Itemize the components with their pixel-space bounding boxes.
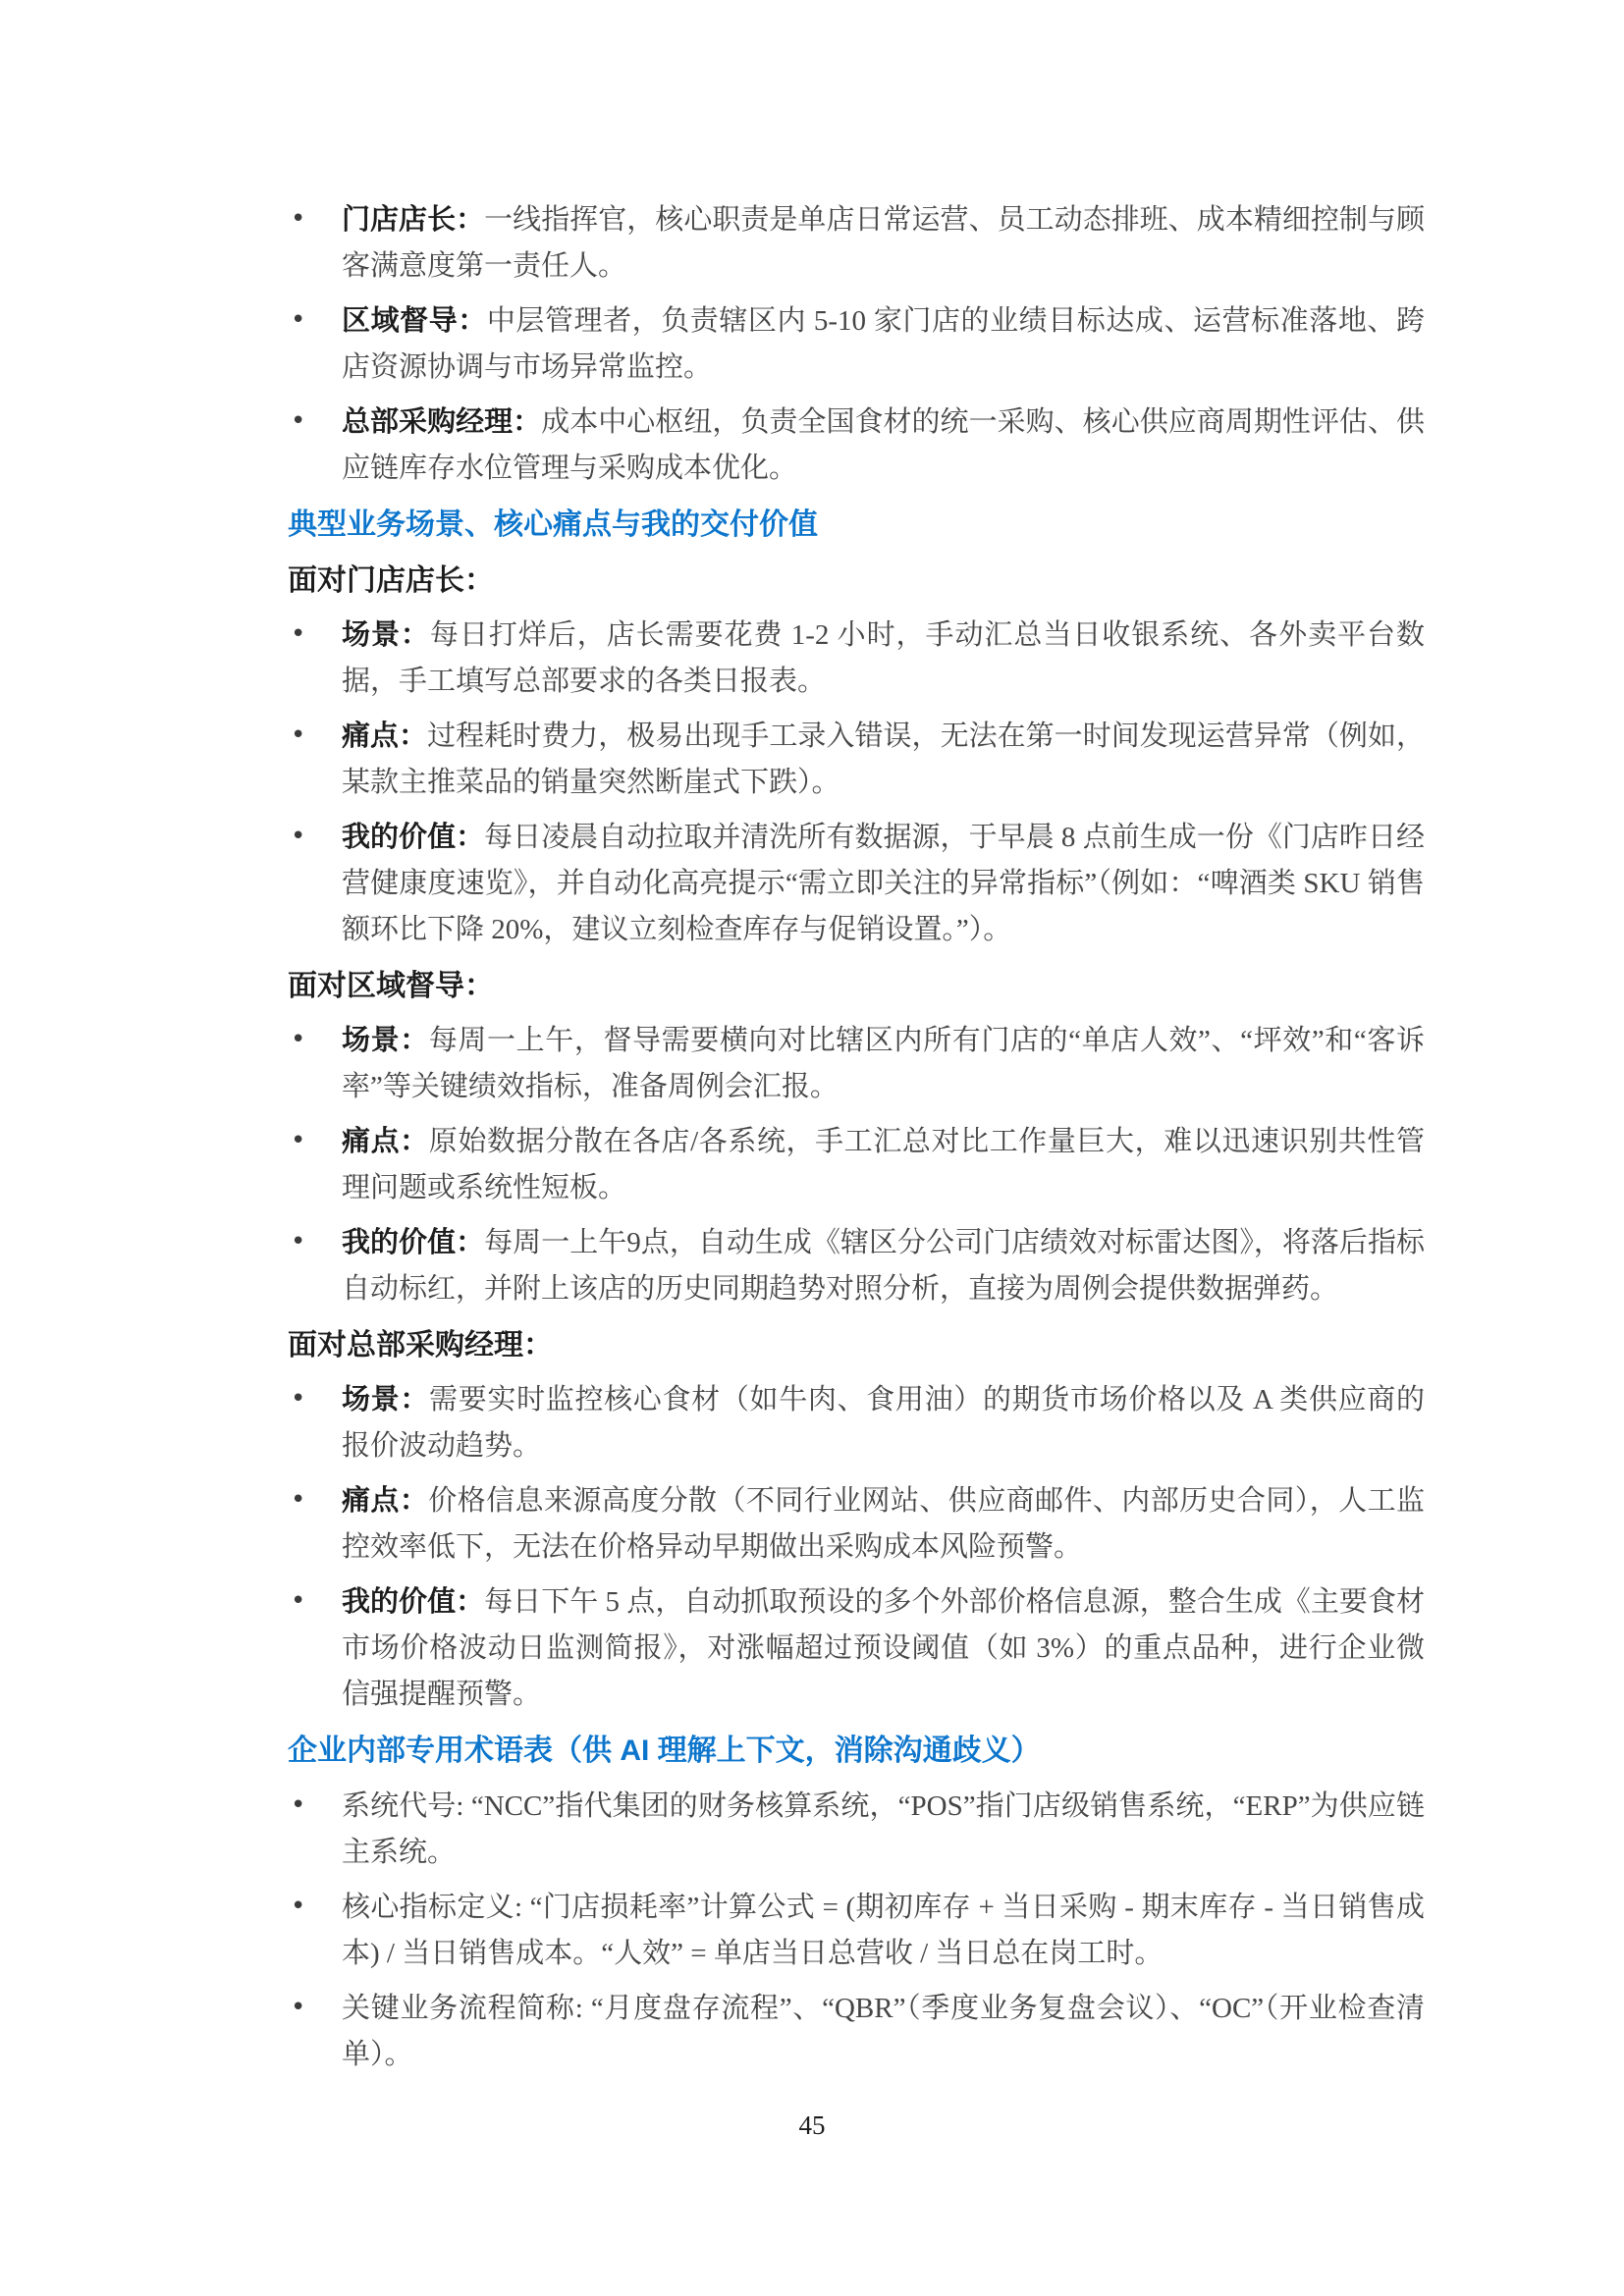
bullet-label: 场景： <box>342 619 430 651</box>
bullet-icon: • <box>291 1118 305 1164</box>
bullet-text: 中层管理者，负责辖区内 5-10 家门店的业绩目标达成、运营标准落地、跨店资源协… <box>342 305 1425 383</box>
bullet-item: • 我的价值：每周一上午9点，自动生成《辖区分公司门店绩效对标雷达图》，将落后指… <box>288 1220 1425 1312</box>
bullet-label: 系统代号: <box>342 1790 471 1822</box>
bullet-label: 区域督导： <box>342 305 487 337</box>
bullet-label: 场景： <box>342 1384 429 1415</box>
document-content: • 门店店长：一线指挥官，核心职责是单店日常运营、员工动态排班、成本精细控制与顾… <box>288 197 1425 2087</box>
bullet-item: • 我的价值：每日凌晨自动拉取并清洗所有数据源，于早晨 8 点前生成一份《门店昨… <box>288 815 1425 953</box>
bullet-item: • 痛点：过程耗时费力，极易出现手工录入错误，无法在第一时间发现运营异常（例如，… <box>288 714 1425 806</box>
bullet-item: • 痛点：原始数据分散在各店/各系统，手工汇总对比工作量巨大，难以迅速识别共性管… <box>288 1119 1425 1211</box>
bullet-text: 每日凌晨自动拉取并清洗所有数据源，于早晨 8 点前生成一份《门店昨日经营健康度速… <box>342 822 1425 945</box>
bullet-item: • 系统代号: “NCC”指代集团的财务核算系统，“POS”指门店级销售系统，“… <box>288 1784 1425 1876</box>
subsection-heading-procurement-manager: 面对总部采购经理： <box>288 1322 1425 1368</box>
bullet-label: 总部采购经理： <box>342 406 541 438</box>
bullet-icon: • <box>291 1884 305 1930</box>
bullet-item: • 场景：每周一上午，督导需要横向对比辖区内所有门店的“单店人效”、“坪效”和“… <box>288 1018 1425 1110</box>
bullet-icon: • <box>291 297 305 344</box>
bullet-item: • 区域督导：中层管理者，负责辖区内 5-10 家门店的业绩目标达成、运营标准落… <box>288 298 1425 391</box>
bullet-text: 原始数据分散在各店/各系统，手工汇总对比工作量巨大，难以迅速识别共性管理问题或系… <box>342 1126 1425 1203</box>
bullet-label: 场景： <box>342 1025 429 1056</box>
bullet-label: 我的价值： <box>342 1586 484 1618</box>
bullet-icon: • <box>291 196 305 242</box>
subsection-heading-store-manager: 面对门店店长： <box>288 558 1425 604</box>
bullet-text: 每日下午 5 点，自动抓取预设的多个外部价格信息源，整合生成《主要食材市场价格波… <box>342 1586 1425 1710</box>
bullet-text: “NCC”指代集团的财务核算系统，“POS”指门店级销售系统，“ERP”为供应链… <box>342 1790 1425 1868</box>
bullet-label: 关键业务流程简称: <box>342 1993 591 2024</box>
bullet-text: 每周一上午，督导需要横向对比辖区内所有门店的“单店人效”、“坪效”和“客诉率”等… <box>342 1025 1425 1102</box>
bullet-icon: • <box>291 1376 305 1422</box>
bullet-item: • 关键业务流程简称: “月度盘存流程”、“QBR”（季度业务复盘会议）、“OC… <box>288 1986 1425 2078</box>
bullet-icon: • <box>291 1477 305 1523</box>
bullet-item: • 我的价值：每日下午 5 点，自动抓取预设的多个外部价格信息源，整合生成《主要… <box>288 1579 1425 1718</box>
bullet-label: 痛点： <box>342 721 427 752</box>
bullet-text: 一线指挥官，核心职责是单店日常运营、员工动态排班、成本精细控制与顾客满意度第一责… <box>342 204 1425 282</box>
bullet-icon: • <box>291 399 305 445</box>
bullet-item: • 门店店长：一线指挥官，核心职责是单店日常运营、员工动态排班、成本精细控制与顾… <box>288 197 1425 290</box>
bullet-icon: • <box>291 1578 305 1625</box>
section-heading-glossary: 企业内部专用术语表（供 AI 理解上下文，消除沟通歧义） <box>288 1728 1425 1774</box>
bullet-label: 我的价值： <box>342 822 484 853</box>
section-heading-scenarios: 典型业务场景、核心痛点与我的交付价值 <box>288 502 1425 548</box>
bullet-label: 核心指标定义: <box>342 1892 530 1923</box>
bullet-label: 门店店长： <box>342 204 484 236</box>
bullet-icon: • <box>291 1017 305 1063</box>
bullet-icon: • <box>291 612 305 658</box>
bullet-text: 过程耗时费力，极易出现手工录入错误，无法在第一时间发现运营异常（例如，某款主推菜… <box>342 721 1425 798</box>
document-page: • 门店店长：一线指挥官，核心职责是单店日常运营、员工动态排班、成本精细控制与顾… <box>0 0 1624 2296</box>
bullet-icon: • <box>291 1985 305 2031</box>
bullet-icon: • <box>291 814 305 860</box>
bullet-label: 痛点： <box>342 1485 428 1517</box>
subsection-heading-area-supervisor: 面对区域督导： <box>288 963 1425 1009</box>
bullet-item: • 痛点：价格信息来源高度分散（不同行业网站、供应商邮件、内部历史合同），人工监… <box>288 1478 1425 1571</box>
bullet-label: 痛点： <box>342 1126 429 1157</box>
bullet-item: • 总部采购经理：成本中心枢纽，负责全国食材的统一采购、核心供应商周期性评估、供… <box>288 400 1425 492</box>
bullet-text: 每周一上午9点，自动生成《辖区分公司门店绩效对标雷达图》，将落后指标自动标红，并… <box>342 1227 1425 1305</box>
bullet-icon: • <box>291 1783 305 1829</box>
bullet-text: 每日打烊后，店长需要花费 1-2 小时，手动汇总当日收银系统、各外卖平台数据，手… <box>342 619 1425 697</box>
bullet-text: 需要实时监控核心食材（如牛肉、食用油）的期货市场价格以及 A 类供应商的报价波动… <box>342 1384 1425 1462</box>
bullet-label: 我的价值： <box>342 1227 484 1258</box>
bullet-icon: • <box>291 713 305 759</box>
bullet-item: • 场景：需要实时监控核心食材（如牛肉、食用油）的期货市场价格以及 A 类供应商… <box>288 1377 1425 1469</box>
page-number: 45 <box>0 2110 1624 2141</box>
bullet-item: • 核心指标定义: “门店损耗率”计算公式 = (期初库存 + 当日采购 - 期… <box>288 1885 1425 1977</box>
bullet-item: • 场景：每日打烊后，店长需要花费 1-2 小时，手动汇总当日收银系统、各外卖平… <box>288 613 1425 705</box>
bullet-text: 价格信息来源高度分散（不同行业网站、供应商邮件、内部历史合同），人工监控效率低下… <box>342 1485 1425 1563</box>
bullet-icon: • <box>291 1219 305 1265</box>
